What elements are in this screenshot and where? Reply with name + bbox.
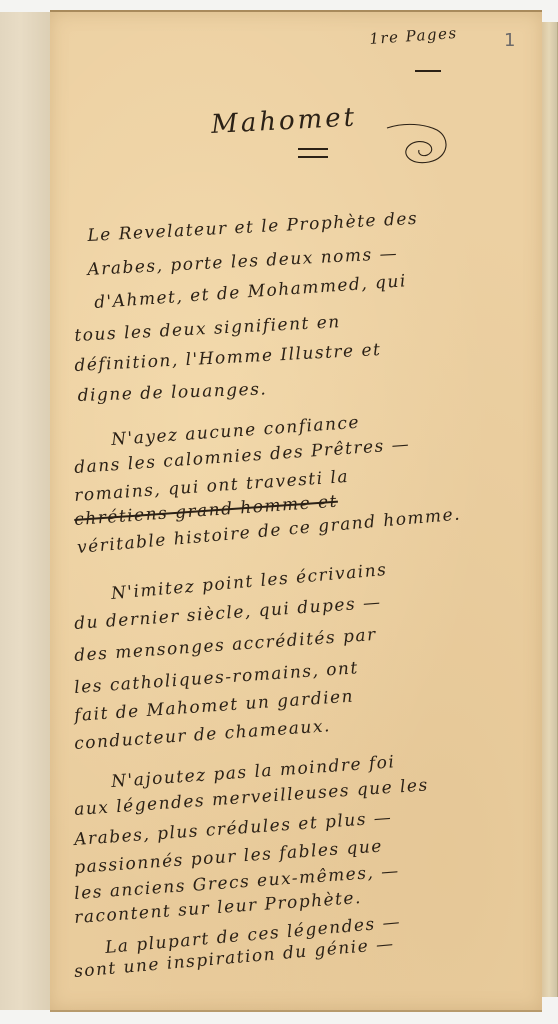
header-underline [415, 70, 441, 72]
title-flourish-icon [385, 118, 455, 166]
page-number: 1 [504, 30, 515, 51]
manuscript-scan: 1re Pages 1 Mahomet Le Revelateur et le … [0, 0, 558, 1024]
page-edge [540, 22, 558, 997]
binding-strip [0, 12, 51, 1010]
title-underline [298, 148, 328, 158]
